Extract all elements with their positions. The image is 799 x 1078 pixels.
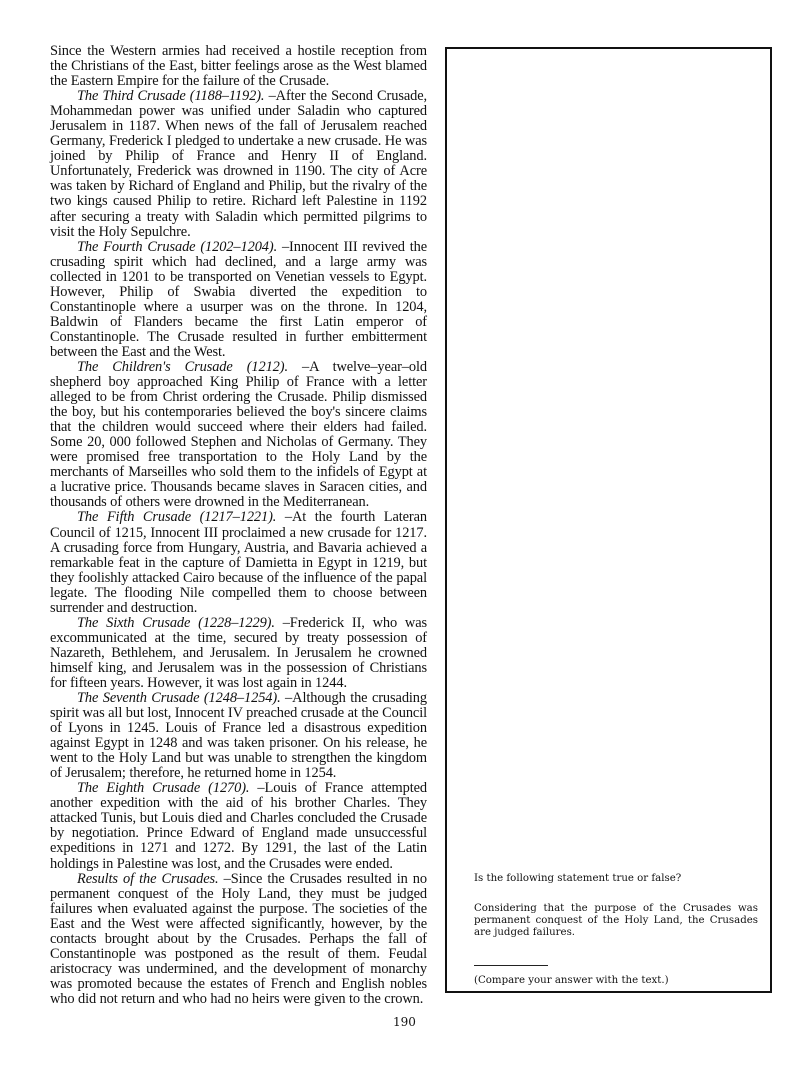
section-body: –At the fourth Lateran Council of 1215, … xyxy=(50,509,427,615)
section-fourth-crusade: The Fourth Crusade (1202–1204). –Innocen… xyxy=(50,240,427,360)
answer-blank-line[interactable] xyxy=(474,965,548,966)
section-results: Results of the Crusades. –Since the Crus… xyxy=(50,872,427,1007)
section-body: –After the Second Crusade, Mohammedan po… xyxy=(50,88,427,239)
section-childrens-crusade: The Children's Crusade (1212). –A twelve… xyxy=(50,360,427,510)
question-box xyxy=(445,47,772,993)
section-heading: The Third Crusade (1188–1192). xyxy=(77,88,264,104)
section-heading: The Fifth Crusade (1217–1221). xyxy=(77,509,276,525)
section-eighth-crusade: The Eighth Crusade (1270). –Louis of Fra… xyxy=(50,781,427,871)
section-third-crusade: The Third Crusade (1188–1192). –After th… xyxy=(50,89,427,239)
page-number: 190 xyxy=(393,1015,416,1029)
question-statement: Considering that the purpose of the Crus… xyxy=(474,903,758,939)
section-heading: The Seventh Crusade (1248–1254). xyxy=(77,690,281,706)
section-fifth-crusade: The Fifth Crusade (1217–1221). –At the f… xyxy=(50,510,427,615)
section-body: –Innocent III revived the crusading spir… xyxy=(50,239,427,360)
main-text-column: Since the Western armies had received a … xyxy=(50,44,427,1007)
section-heading: Results of the Crusades. xyxy=(77,871,219,887)
section-body: –Since the Crusades resulted in no perma… xyxy=(50,871,427,1007)
section-sixth-crusade: The Sixth Crusade (1228–1229). –Frederic… xyxy=(50,616,427,691)
section-heading: The Eighth Crusade (1270). xyxy=(77,780,249,796)
section-body: –A twelve–year–old shepherd boy approach… xyxy=(50,359,427,510)
section-heading: The Sixth Crusade (1228–1229). xyxy=(77,615,275,631)
question-prompt: Is the following statement true or false… xyxy=(474,873,758,885)
intro-paragraph: Since the Western armies had received a … xyxy=(50,44,427,89)
section-heading: The Children's Crusade (1212). xyxy=(77,359,288,375)
question-instruction: (Compare your answer with the text.) xyxy=(474,975,758,987)
section-seventh-crusade: The Seventh Crusade (1248–1254). –Althou… xyxy=(50,691,427,781)
section-heading: The Fourth Crusade (1202–1204). xyxy=(77,239,277,255)
